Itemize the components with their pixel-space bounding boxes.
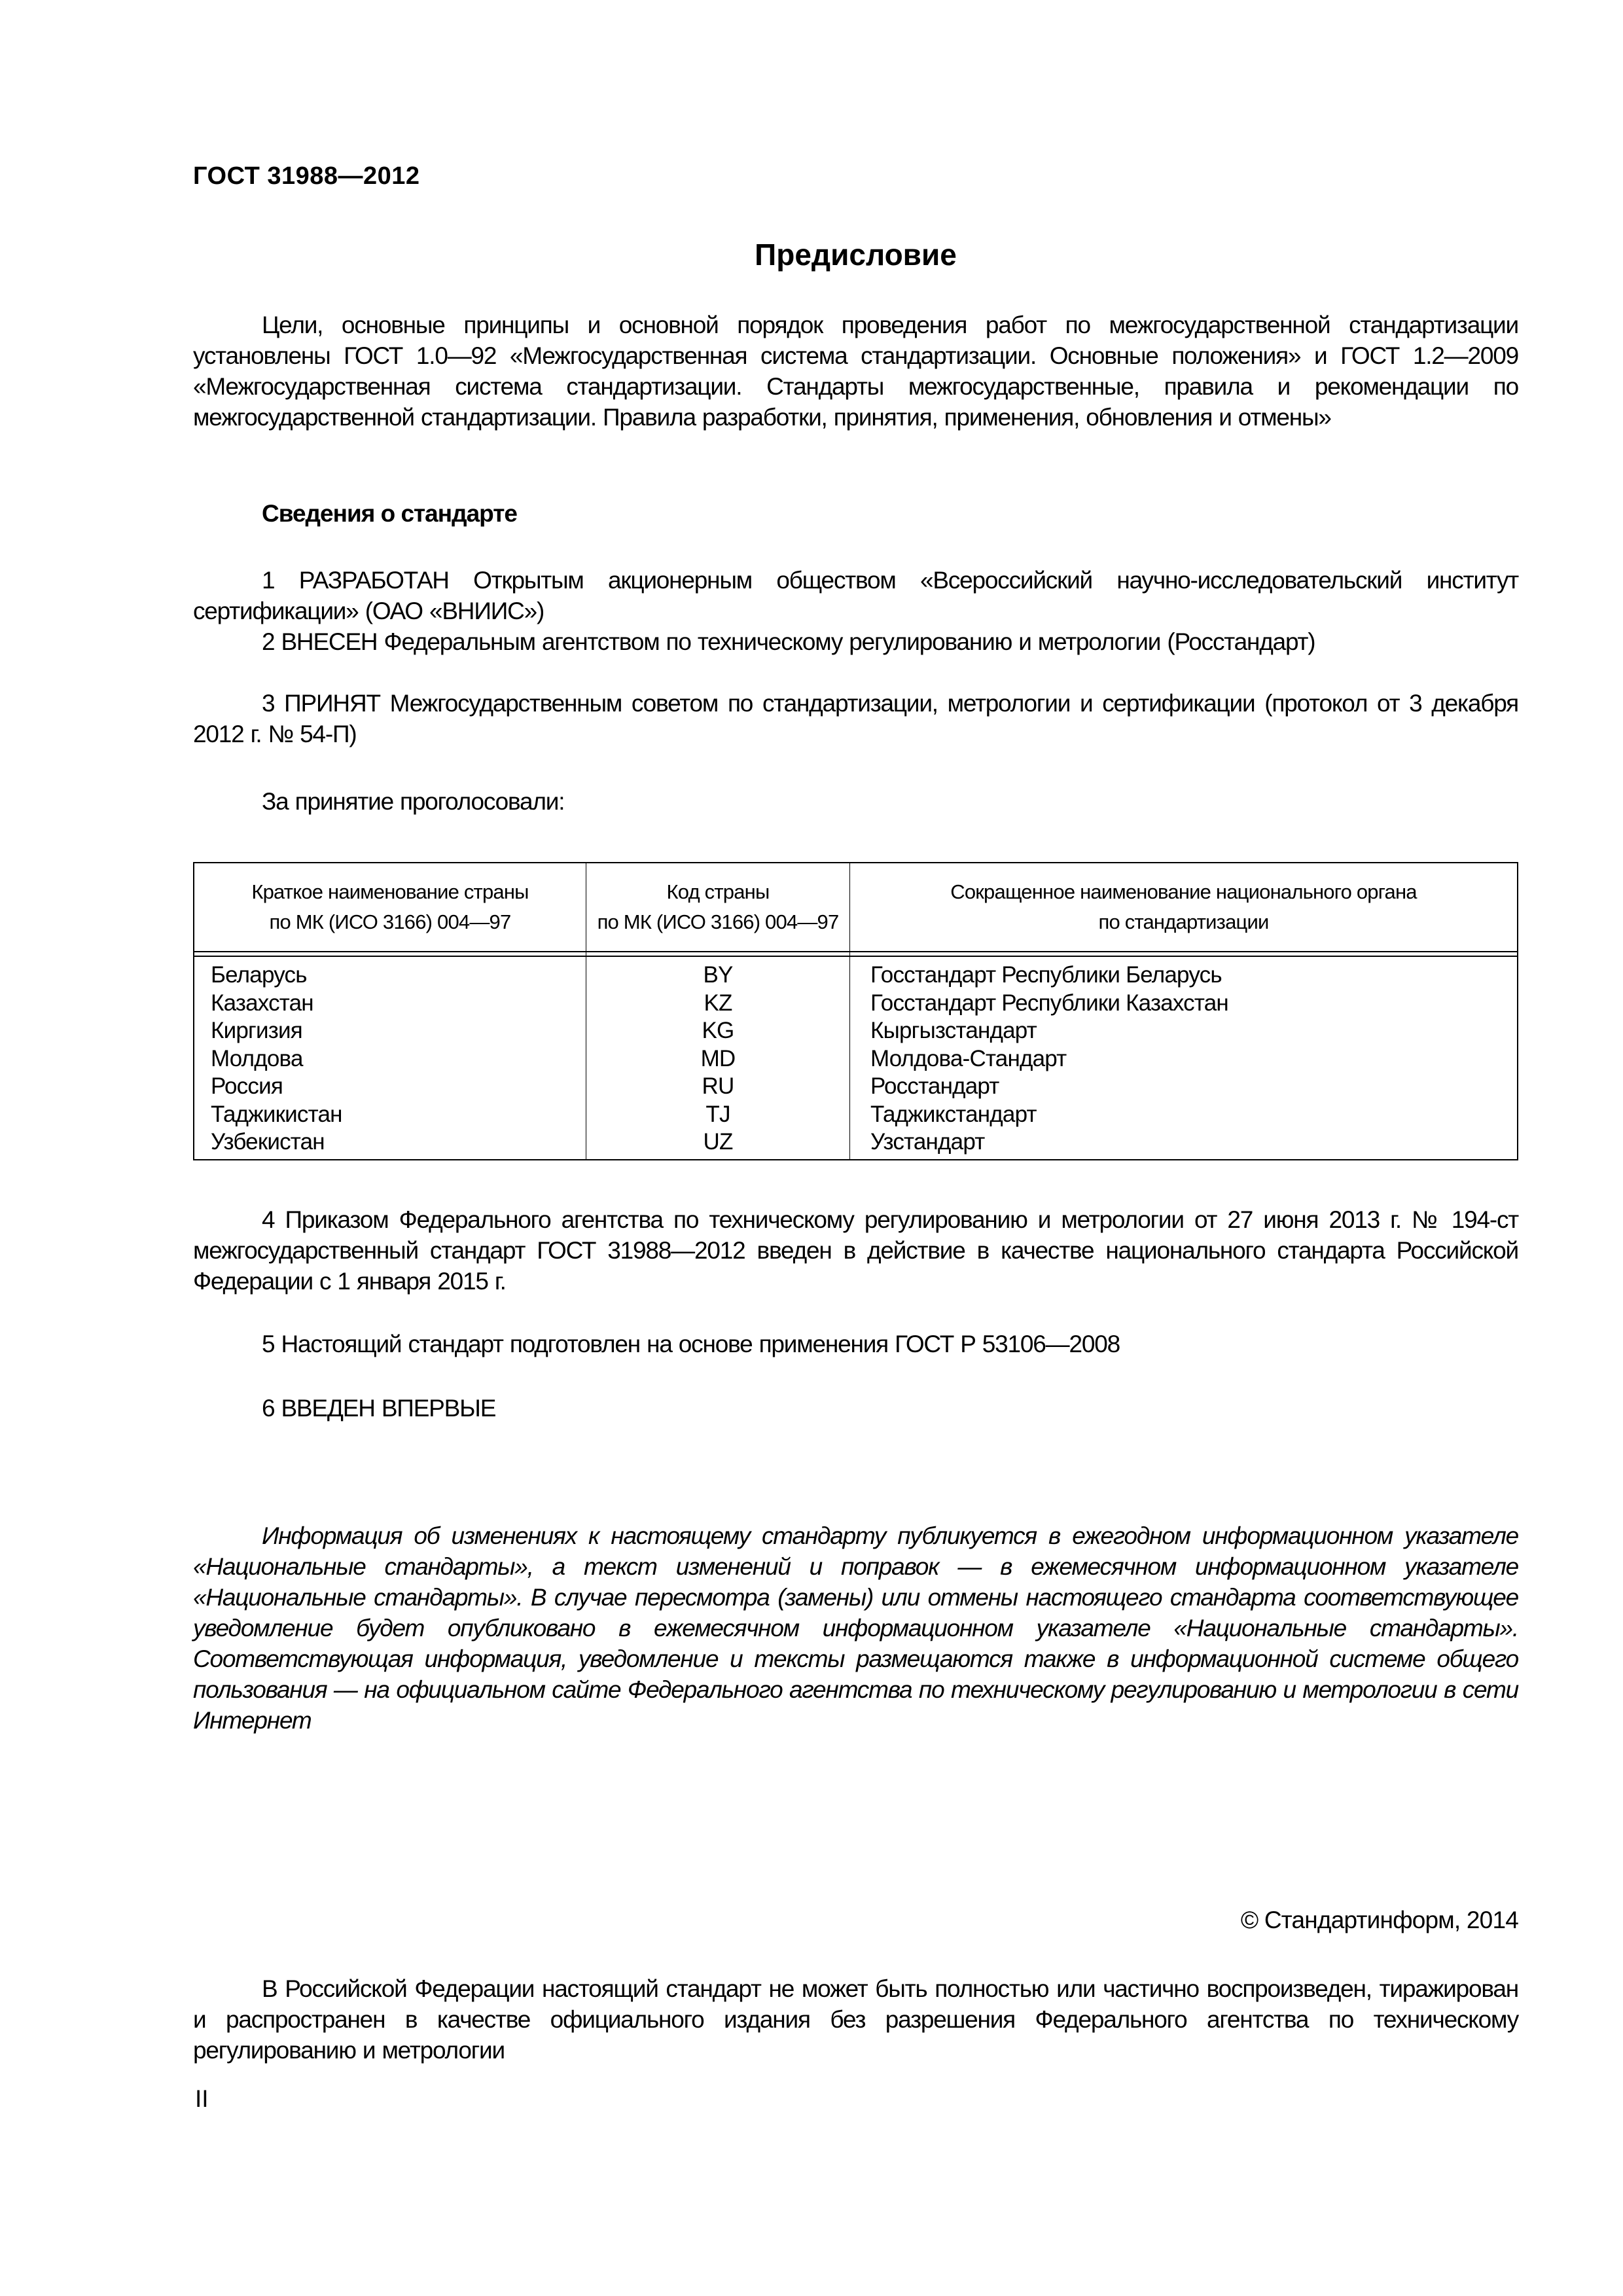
table-cell-body: Госстандарт Республики Беларусь [870,961,1228,990]
table-cell-body: Росстандарт [870,1073,1228,1101]
table-column-code: BYKZKGMDRUTJUZ [586,961,849,1157]
item-first-introduced: 6 ВВЕДЕН ВПЕРВЫЕ [193,1393,1518,1424]
table-cell-country: Узбекистан [211,1128,342,1157]
table-cell-code: RU [586,1073,849,1101]
table-header-body: Сокращенное наименование национального о… [850,863,1517,951]
table-cell-body: Кыргызстандарт [870,1017,1228,1045]
table-cell-country: Казахстан [211,990,342,1018]
table-column-country: БеларусьКазахстанКиргизияМолдоваРоссияТа… [211,961,342,1157]
page-title: Предисловие [193,237,1518,272]
document-code: ГОСТ 31988—2012 [193,162,420,190]
table-header-country: Краткое наименование страныпо МК (ИСО 31… [194,863,586,951]
table-cell-body: Молдова-Стандарт [870,1045,1228,1073]
voting-table: Краткое наименование страныпо МК (ИСО 31… [193,862,1518,1160]
voted-label: За принятие проголосовали: [193,786,1518,817]
table-cell-country: Беларусь [211,961,342,990]
table-cell-code: UZ [586,1128,849,1157]
intro-paragraph: Цели, основные принципы и основной поряд… [193,310,1518,433]
table-cell-country: Таджикистан [211,1101,342,1129]
table-cell-code: KZ [586,990,849,1018]
table-cell-code: BY [586,961,849,990]
table-column-body: Госстандарт Республики БеларусьГосстанда… [870,961,1228,1157]
table-cell-body: Госстандарт Республики Казахстан [870,990,1228,1018]
changes-notice: Информация об изменениях к настоящему ст… [193,1520,1518,1736]
table-header-code: Код страныпо МК (ИСО 3166) 004—97 [586,863,849,951]
table-cell-country: Киргизия [211,1017,342,1045]
table-cell-body: Таджикстандарт [870,1101,1228,1129]
table-cell-code: TJ [586,1101,849,1129]
page-number: II [195,2085,209,2113]
table-cell-code: MD [586,1045,849,1073]
item-enacted: 4 Приказом Федерального агентства по тех… [193,1204,1518,1297]
info-heading: Сведения о стандарте [262,500,517,528]
table-cell-body: Узстандарт [870,1128,1228,1157]
copyright: © Стандартинформ, 2014 [1241,1907,1518,1934]
reproduction-notice: В Российской Федерации настоящий стандар… [193,1973,1518,2066]
table-cell-code: KG [586,1017,849,1045]
table-cell-country: Молдова [211,1045,342,1073]
item-developed: 1 РАЗРАБОТАН Открытым акционерным общест… [193,565,1518,626]
table-cell-country: Россия [211,1073,342,1101]
item-basis: 5 Настоящий стандарт подготовлен на осно… [193,1329,1518,1359]
item-adopted: 3 ПРИНЯТ Межгосударственным советом по с… [193,688,1518,749]
item-submitted: 2 ВНЕСЕН Федеральным агентством по техни… [193,626,1518,657]
